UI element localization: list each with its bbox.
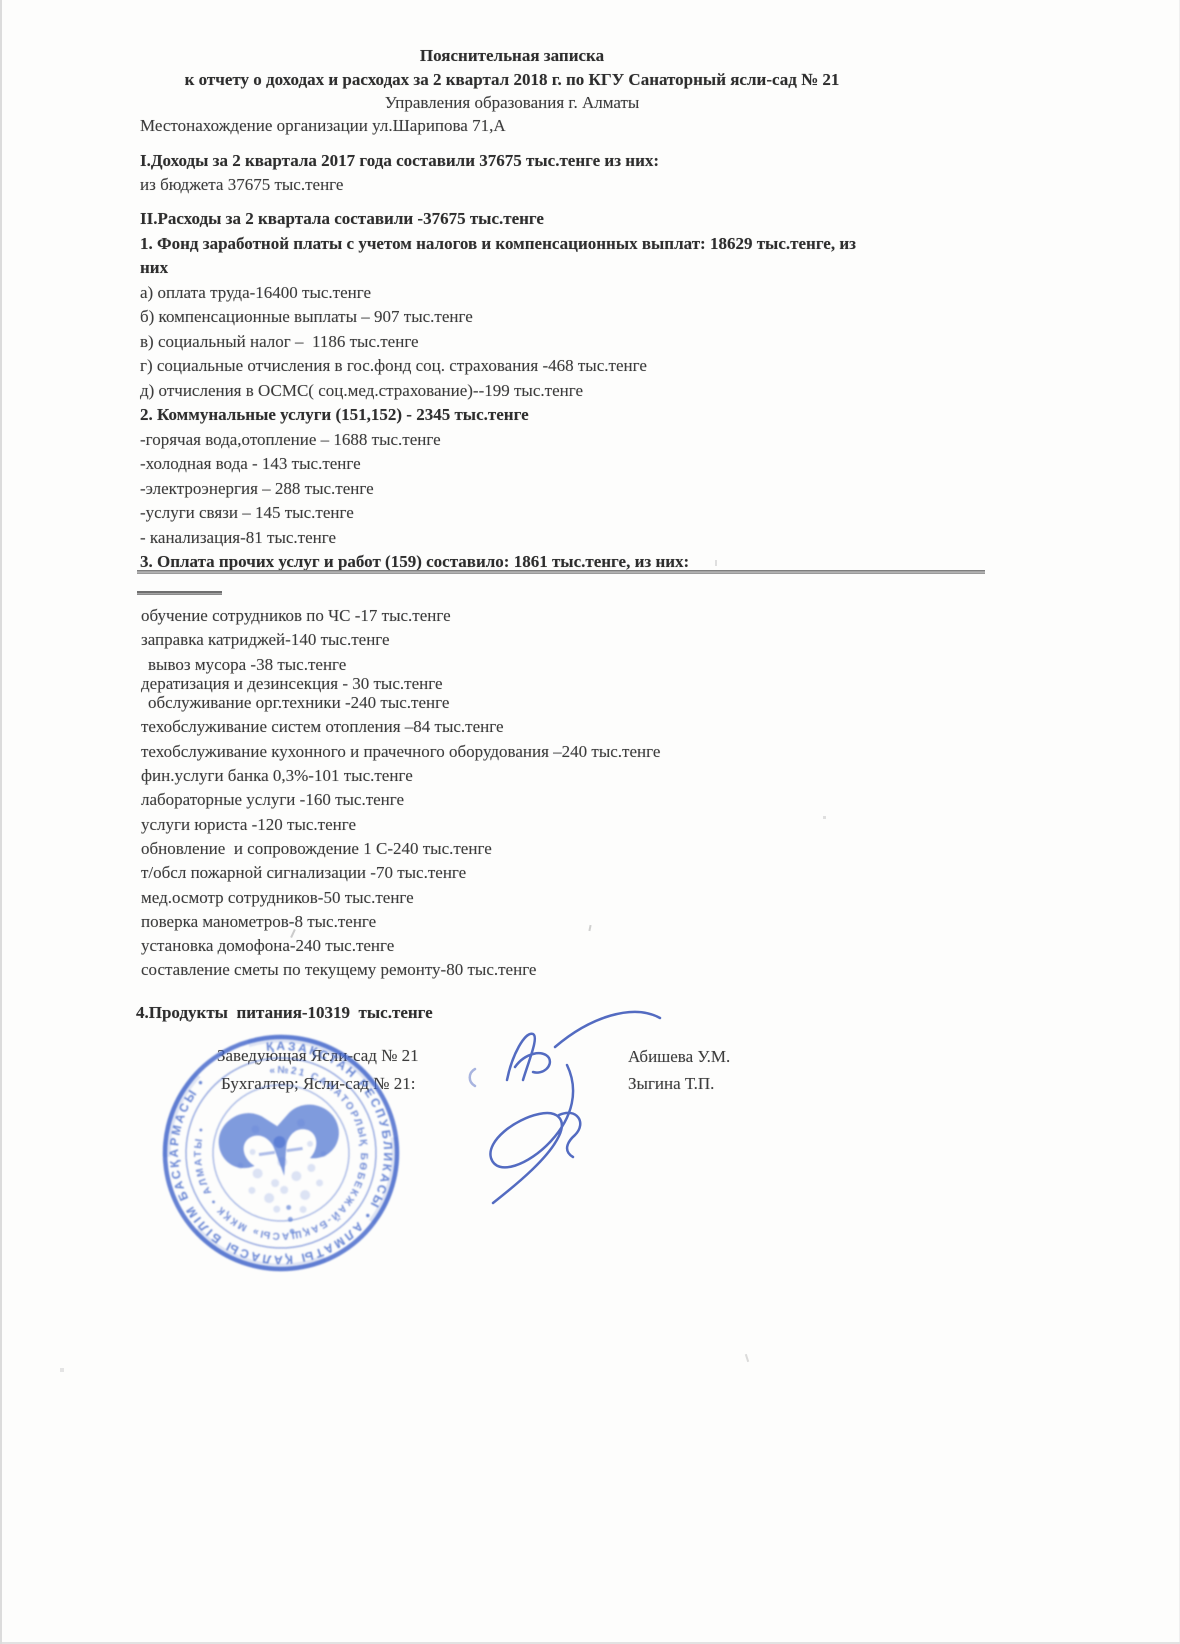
payroll-heading-cont: них [140, 256, 856, 281]
other-services-item: техобслуживание кухонного и прачечного о… [141, 740, 660, 764]
scan-speck [60, 1368, 64, 1372]
scan-speck [715, 560, 717, 566]
other-services-item: обновление и сопровождение 1 С-240 тыс.т… [141, 837, 660, 861]
income-section: I.Доходы за 2 квартала 2017 года состави… [140, 149, 659, 196]
document-title: Пояснительная записка [140, 44, 884, 68]
utilities-item: - канализация-81 тыс.тенге [140, 526, 856, 551]
scan-speck [823, 816, 826, 819]
utilities-item: -услуги связи – 145 тыс.тенге [140, 501, 856, 526]
utilities-item: -электроэнергия – 288 тыс.тенге [140, 477, 856, 502]
food-heading: 4.Продукты питания-10319 тыс.тенге [136, 1001, 433, 1026]
signature-loop-stroke [490, 1065, 573, 1203]
location-line: Местонахождение организации ул.Шарипова … [140, 114, 506, 139]
other-services-item: поверка манометров-8 тыс.тенге [141, 910, 660, 934]
expenses-section: II.Расходы за 2 квартала составили -3767… [140, 207, 856, 575]
income-item: из бюджета 37675 тыс.тенге [140, 173, 659, 197]
other-services-item: обслуживание орг.техники -240 тыс.тенге [141, 691, 660, 715]
department-line: Управления образования г. Алматы [140, 91, 884, 115]
signature-flourish-stroke [555, 1012, 660, 1047]
scan-speck [745, 1354, 749, 1362]
payroll-item: г) социальные отчисления в гос.фонд соц.… [140, 354, 856, 379]
other-services-item: обучение сотрудников по ЧС -17 тыс.тенге [141, 604, 660, 628]
signature-tail-stroke [559, 1113, 580, 1157]
expenses-heading: II.Расходы за 2 квартала составили -3767… [140, 207, 856, 232]
other-services-item: услуги юриста -120 тыс.тенге [141, 813, 660, 837]
signature-initial-stroke [507, 1034, 550, 1080]
payroll-item: д) отчисления в ОСМС( соц.мед.страховани… [140, 379, 856, 404]
other-services-item: установка домофона-240 тыс.тенге [141, 934, 660, 958]
other-services-item: фин.услуги банка 0,3%-101 тыс.тенге [141, 764, 660, 788]
other-services-item: мед.осмотр сотрудников-50 тыс.тенге [141, 886, 660, 910]
other-services-item: составление сметы по текущему ремонту-80… [141, 958, 660, 982]
other-services-list: обучение сотрудников по ЧС -17 тыс.тенге… [141, 604, 660, 983]
signature-small-c-stroke [470, 1069, 475, 1086]
handwritten-signatures [455, 995, 705, 1210]
other-services-item: лабораторные услуги -160 тыс.тенге [141, 788, 660, 812]
horizontal-rule-short [137, 591, 222, 595]
other-services-item: техобслуживание систем отопления –84 тыс… [141, 715, 660, 739]
payroll-heading: 1. Фонд заработной платы с учетом налого… [140, 232, 856, 257]
payroll-item: а) оплата труда-16400 тыс.тенге [140, 281, 856, 306]
income-heading: I.Доходы за 2 квартала 2017 года состави… [140, 149, 659, 173]
other-services-item: т/обсл пожарной сигнализации -70 тыс.тен… [141, 861, 660, 885]
utilities-item: -горячая вода,отопление – 1688 тыс.тенге [140, 428, 856, 453]
scanned-document-page: Пояснительная записка к отчету о доходах… [0, 0, 1180, 1644]
payroll-item: в) социальный налог – 1186 тыс.тенге [140, 330, 856, 355]
utilities-item: -холодная вода - 143 тыс.тенге [140, 452, 856, 477]
official-stamp: ҚАЗАҚСТАН РЕСПУБЛИКАСЫ • АЛМАТЫ ҚАЛАСЫ Б… [159, 1030, 403, 1276]
utilities-heading: 2. Коммунальные услуги (151,152) - 2345 … [140, 403, 856, 428]
document-header: Пояснительная записка к отчету о доходах… [140, 44, 884, 115]
horizontal-rule [137, 570, 985, 574]
payroll-item: б) компенсационные выплаты – 907 тыс.тен… [140, 305, 856, 330]
other-services-item: заправка катриджей-140 тыс.тенге [141, 628, 660, 652]
document-subtitle: к отчету о доходах и расходах за 2 кварт… [140, 68, 884, 92]
